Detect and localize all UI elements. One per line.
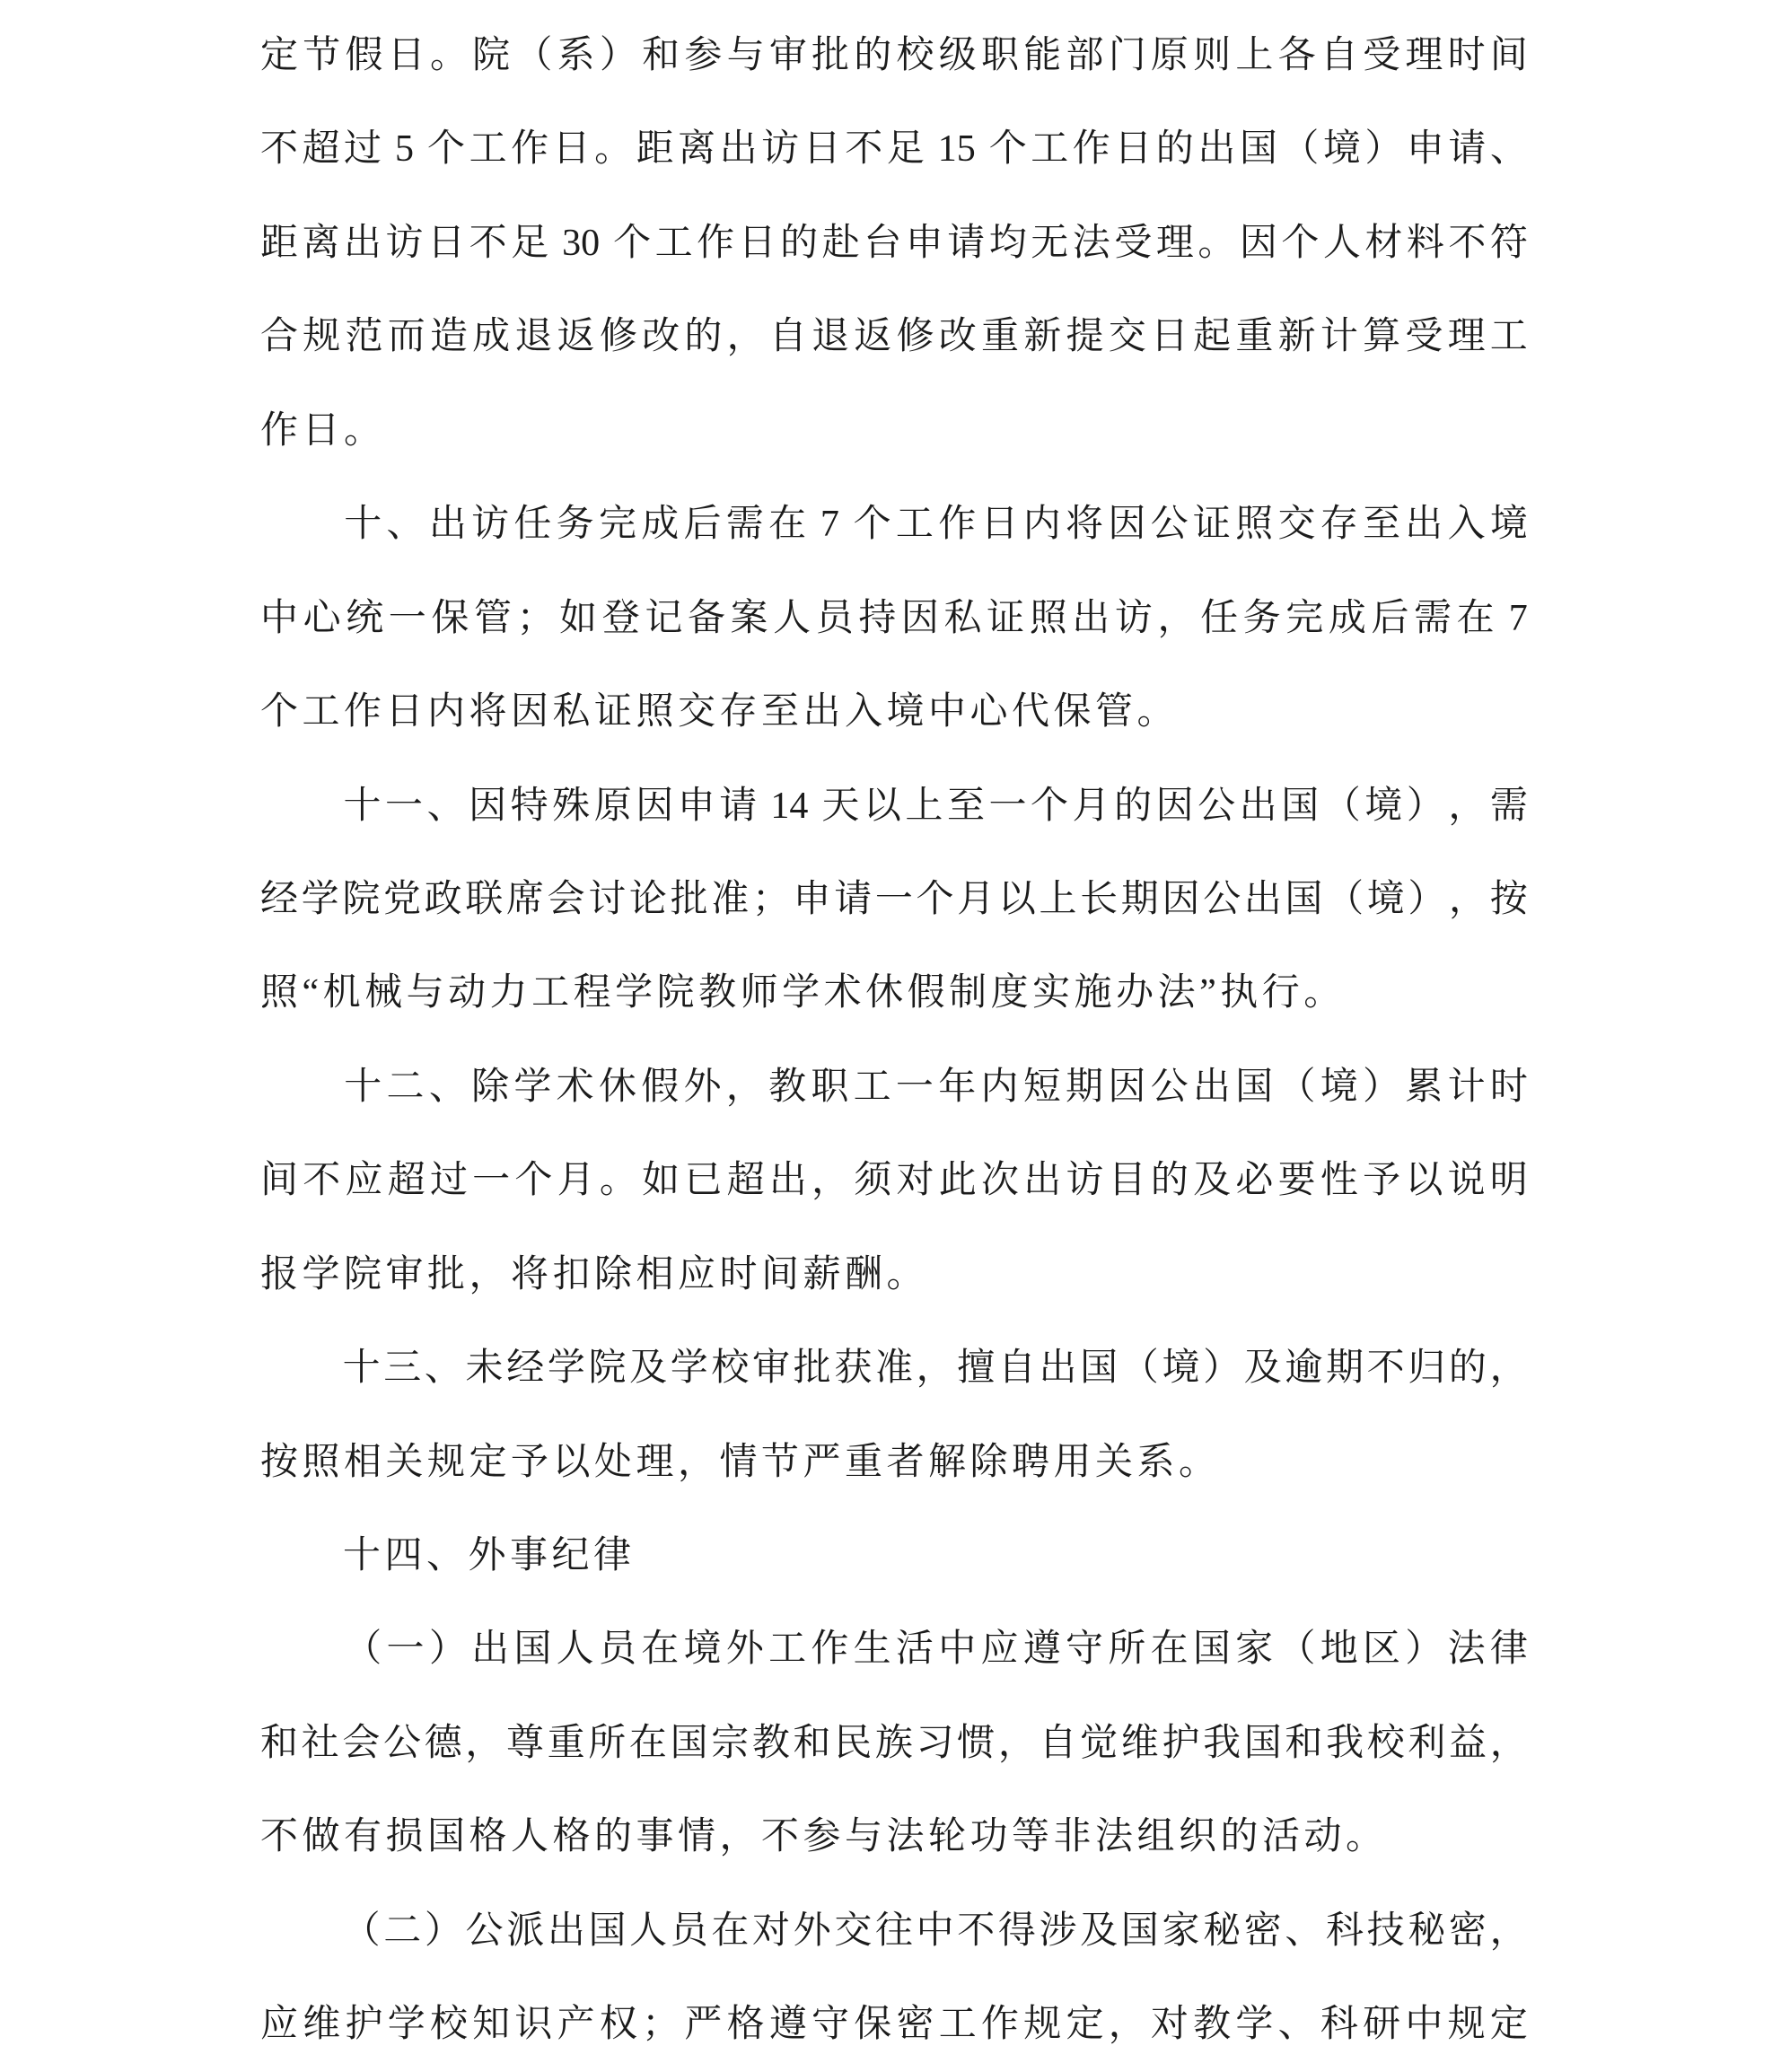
document-page: 定节假日。院（系）和参与审批的校级职能部门原则上各自受理时间不超过 5 个工作日… <box>0 0 1781 2072</box>
text-line: 十、出访任务完成后需在 7 个工作日内将因公证照交存至出入境 <box>260 478 1528 571</box>
text-line: 不超过 5 个工作日。距离出访日不足 15 个工作日的出国（境）申请、 <box>260 102 1528 196</box>
text-line: 不做有损国格人格的事情，不参与法轮功等非法组织的活动。 <box>260 1790 1528 1883</box>
document-body: 定节假日。院（系）和参与审批的校级职能部门原则上各自受理时间不超过 5 个工作日… <box>260 9 1528 2072</box>
text-line: （二）公派出国人员在对外交往中不得涉及国家秘密、科技秘密， <box>260 1884 1528 1978</box>
text-line: 定节假日。院（系）和参与审批的校级职能部门原则上各自受理时间 <box>260 9 1528 102</box>
text-line: 合规范而造成退返修改的，自退返修改重新提交日起重新计算受理工 <box>260 290 1528 383</box>
text-line: 按照相关规定予以处理，情节严重者解除聘用关系。 <box>260 1416 1528 1509</box>
text-line: 十一、因特殊原因申请 14 天以上至一个月的因公出国（境），需 <box>260 759 1528 853</box>
text-line: 中心统一保管；如登记备案人员持因私证照出访，任务完成后需在 7 <box>260 572 1528 665</box>
text-line: 个工作日内将因私证照交存至出入境中心代保管。 <box>260 665 1528 759</box>
text-line: 经学院党政联席会讨论批准；申请一个月以上长期因公出国（境），按 <box>260 853 1528 946</box>
text-line: 十三、未经学院及学校审批获准，擅自出国（境）及逾期不归的， <box>260 1321 1528 1415</box>
text-line: 照“机械与动力工程学院教师学术休假制度实施办法”执行。 <box>260 946 1528 1040</box>
text-line: 十二、除学术休假外，教职工一年内短期因公出国（境）累计时 <box>260 1040 1528 1134</box>
text-line: 十四、外事纪律 <box>260 1509 1528 1602</box>
text-line: 作日。 <box>260 384 1528 478</box>
text-line: 距离出访日不足 30 个工作日的赴台申请均无法受理。因个人材料不符 <box>260 197 1528 290</box>
text-line: 间不应超过一个月。如已超出，须对此次出访目的及必要性予以说明 <box>260 1134 1528 1227</box>
text-line: （一）出国人员在境外工作生活中应遵守所在国家（地区）法律 <box>260 1602 1528 1696</box>
text-line: 应维护学校知识产权；严格遵守保密工作规定，对教学、科研中规定 <box>260 1978 1528 2071</box>
text-line: 和社会公德，尊重所在国宗教和民族习惯，自觉维护我国和我校利益， <box>260 1697 1528 1790</box>
text-line: 报学院审批，将扣除相应时间薪酬。 <box>260 1228 1528 1321</box>
